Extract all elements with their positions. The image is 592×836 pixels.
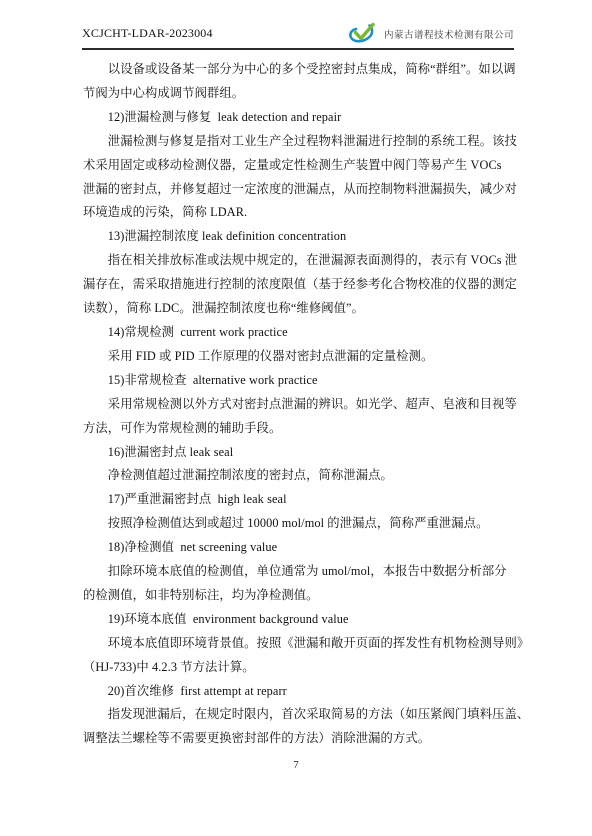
text-line: 12)泄漏检测与修复 leak detection and repair (83, 106, 519, 130)
text-line: 采用 FID 或 PID 工作原理的仪器对密封点泄漏的定量检测。 (83, 345, 519, 369)
text-line: 的检测值，如非特别标注，均为净检测值。 (83, 584, 519, 608)
text-line: 采用常规检测以外方式对密封点泄漏的辨识。如光学、超声、皂液和目视等 (83, 393, 519, 417)
text-line: 14)常规检测 current work practice (83, 321, 519, 345)
company-name: 内蒙古谱程技术检测有限公司 (384, 27, 514, 41)
page-footer: 7 (0, 755, 592, 773)
text-line: 13)泄漏控制浓度 leak definition concentration (83, 225, 519, 249)
text-line: （HJ-733)中 4.2.3 节方法计算。 (83, 656, 519, 680)
text-line: 调整法兰螺栓等不需要更换密封部件的方法）消除泄漏的方式。 (83, 727, 519, 751)
text-line: 读数），简称 LDC。泄漏控制浓度也称“维修阈值”。 (83, 297, 519, 321)
text-line: 以设备或设备某一部分为中心的多个受控密封点集成，简称“群组”。如以调 (83, 58, 519, 82)
text-line: 节阀为中心构成调节阀群组。 (83, 82, 519, 106)
text-line: 按照净检测值达到或超过 10000 mol/mol 的泄漏点，简称严重泄漏点。 (83, 512, 519, 536)
page-header: XCJCHT-LDAR-2023004 内蒙古谱程技术检测有限公司 (82, 20, 514, 47)
company-logo-icon (348, 22, 375, 46)
text-line: 净检测值超过泄漏控制浓度的密封点，简称泄漏点。 (83, 464, 519, 488)
document-code: XCJCHT-LDAR-2023004 (82, 26, 213, 41)
page-number: 7 (293, 759, 299, 771)
text-line: 泄漏的密封点，并修复超过一定浓度的泄漏点，从而控制物料泄漏损失，减少对 (83, 178, 519, 202)
document-body: 以设备或设备某一部分为中心的多个受控密封点集成，简称“群组”。如以调节阀为中心构… (83, 58, 519, 751)
text-line: 环境造成的污染，简称 LDAR. (83, 201, 519, 225)
text-line: 术采用固定或移动检测仪器，定量或定性检测生产装置中阀门等易产生 VOCs (83, 154, 519, 178)
text-line: 环境本底值即环境背景值。按照《泄漏和敞开页面的挥发性有机物检测导则》 (83, 632, 519, 656)
text-line: 指在相关排放标准或法规中规定的，在泄漏源表面测得的，表示有 VOCs 泄 (83, 249, 519, 273)
text-line: 指发现泄漏后，在规定时限内，首次采取简易的方法（如压紧阀门填料压盖、 (83, 703, 519, 727)
text-line: 15)非常规检查 alternative work practice (83, 369, 519, 393)
document-page: XCJCHT-LDAR-2023004 内蒙古谱程技术检测有限公司 以设备或设备… (0, 0, 592, 836)
text-line: 19)环境本底值 environment background value (83, 608, 519, 632)
text-line: 漏存在，需采取措施进行控制的浓度限值（基于经参考化合物校准的仪器的测定 (83, 273, 519, 297)
text-line: 18)净检测值 net screening value (83, 536, 519, 560)
text-line: 泄漏检测与修复是指对工业生产全过程物料泄漏进行控制的系统工程。该技 (83, 130, 519, 154)
text-line: 扣除环境本底值的检测值，单位通常为 umol/mol，本报告中数据分析部分 (83, 560, 519, 584)
text-line: 17)严重泄漏密封点 high leak seal (83, 488, 519, 512)
text-line: 16)泄漏密封点 leak seal (83, 441, 519, 465)
text-line: 方法，可作为常规检测的辅助手段。 (83, 417, 519, 441)
company-brand: 内蒙古谱程技术检测有限公司 (348, 22, 514, 46)
header-rule (82, 48, 514, 50)
text-line: 20)首次维修 first attempt at reparr (83, 680, 519, 704)
